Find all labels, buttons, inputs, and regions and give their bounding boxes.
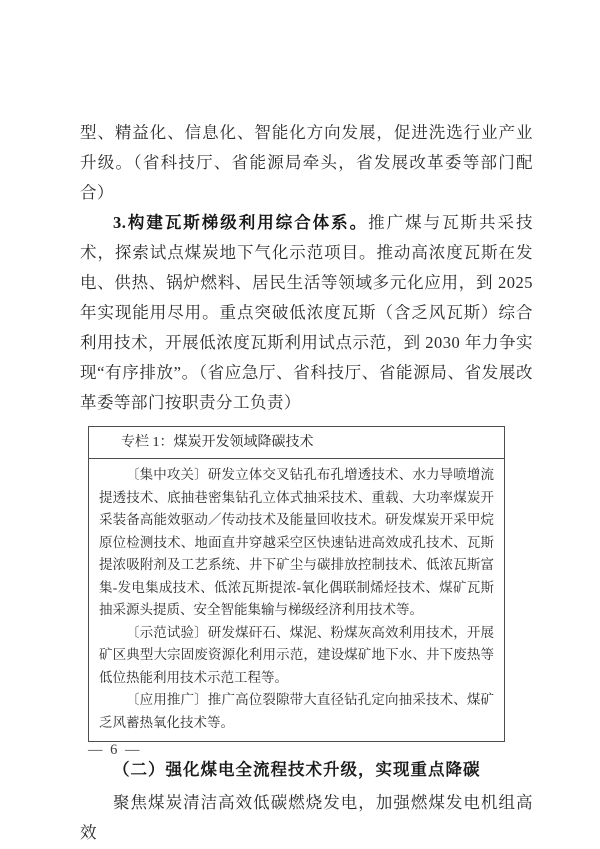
- box-paragraph-research: 〔集中攻关〕研发立体交叉钻孔布孔增透技术、水力导喷增流提透技术、底抽巷密集钻孔立…: [99, 464, 494, 622]
- column-box-title: 专栏 1：煤炭开发领域降碳技术: [89, 427, 504, 459]
- section-heading-2: （二）强化煤电全流程技术升级，实现重点降碳: [80, 754, 533, 786]
- paragraph-lead-bold: 3.构建瓦斯梯级利用综合体系。: [113, 213, 368, 232]
- paragraph-gas-utilization: 3.构建瓦斯梯级利用综合体系。推广煤与瓦斯共采技术，探索试点煤炭地下气化示范项目…: [80, 208, 533, 418]
- column-box-body: 〔集中攻关〕研发立体交叉钻孔布孔增透技术、水力导喷增流提透技术、底抽巷密集钻孔立…: [89, 459, 504, 741]
- paragraph-lead-rest: 推广煤与瓦斯共采技术，探索试点煤炭地下气化示范项目。推动高浓度瓦斯在发电、供热、…: [80, 213, 533, 412]
- box-paragraph-demonstration: 〔示范试验〕研发煤矸石、煤泥、粉煤灰高效利用技术，开展矿区典型大宗固废资源化利用…: [99, 622, 494, 690]
- paragraph-continuation: 型、精益化、信息化、智能化方向发展，促进洗选行业产业升级。（省科技厅、省能源局牵…: [80, 118, 533, 208]
- column-box-1: 专栏 1：煤炭开发领域降碳技术 〔集中攻关〕研发立体交叉钻孔布孔增透技术、水力导…: [88, 426, 505, 742]
- box-paragraph-application: 〔应用推广〕推广高位裂隙带大直径钻孔定向抽采技术、煤矿乏风蓄热氧化技术等。: [99, 689, 494, 734]
- document-page: 型、精益化、信息化、智能化方向发展，促进洗选行业产业升级。（省科技厅、省能源局牵…: [0, 0, 600, 849]
- document-body: 型、精益化、信息化、智能化方向发展，促进洗选行业产业升级。（省科技厅、省能源局牵…: [80, 118, 533, 848]
- paragraph-coal-power: 聚焦煤炭清洁高效低碳燃烧发电，加强燃煤发电机组高效: [80, 788, 533, 848]
- page-number: — 6 —: [88, 742, 142, 759]
